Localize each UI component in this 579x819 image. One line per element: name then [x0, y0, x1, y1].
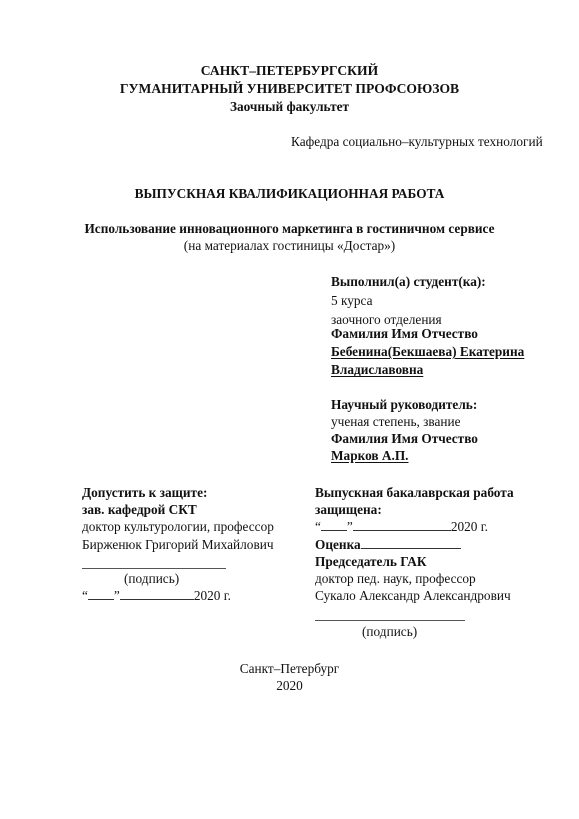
admission-signature-line [82, 568, 226, 569]
footer-year: 2020 [0, 677, 579, 695]
defense-label-line2: защищена: [315, 501, 382, 519]
chair-label: Председатель ГАК [315, 553, 427, 571]
faculty-name: Заочный факультет [0, 98, 579, 116]
admission-signature-caption: (подпись) [124, 570, 179, 588]
chair-degree: доктор пед. наук, профессор [315, 570, 476, 588]
admission-degree: доктор культурологии, профессор [82, 518, 274, 536]
chair-signature-caption: (подпись) [362, 623, 417, 641]
student-label: Выполнил(а) студент(ка): [331, 273, 486, 291]
admission-year: 2020 г. [194, 588, 231, 603]
grade-blank [361, 536, 461, 549]
thesis-topic: Использование инновационного маркетинга … [0, 220, 579, 238]
work-type-title: ВЫПУСКНАЯ КВАЛИФИКАЦИОННАЯ РАБОТА [0, 185, 579, 203]
supervisor-name: Марков А.П. [331, 447, 409, 465]
defense-date: “”2020 г. [315, 518, 488, 536]
chair-signature-line [315, 620, 465, 621]
thesis-subtopic: (на материалах гостиницы «Достар») [0, 237, 579, 255]
defense-year: 2020 г. [451, 519, 488, 534]
student-name-line1: Бебенина(Бекшаева) Екатерина [331, 343, 524, 361]
grade-label: Оценка [315, 537, 361, 552]
admission-label: Допустить к защите: [82, 484, 207, 502]
admission-name: Бирженюк Григорий Михайлович [82, 536, 274, 554]
supervisor-name-label: Фамилия Имя Отчество [331, 430, 478, 448]
student-name-line2: Владиславовна [331, 361, 423, 379]
day-blank [88, 587, 114, 600]
month-blank [353, 518, 451, 531]
month-blank [120, 587, 194, 600]
student-course: 5 курса [331, 292, 373, 310]
defense-label-line1: Выпускная бакалаврская работа [315, 484, 514, 502]
supervisor-label: Научный руководитель: [331, 396, 477, 414]
student-name-label: Фамилия Имя Отчество [331, 325, 478, 343]
chair-name: Сукало Александр Александрович [315, 587, 511, 605]
supervisor-degree: ученая степень, звание [331, 413, 461, 431]
admission-date: “”2020 г. [82, 587, 231, 605]
footer-city: Санкт–Петербург [0, 660, 579, 678]
university-name-line1: САНКТ–ПЕТЕРБУРГСКИЙ [0, 62, 579, 80]
department-name: Кафедра социально–культурных технологий [291, 133, 543, 151]
university-name-line2: ГУМАНИТАРНЫЙ УНИВЕРСИТЕТ ПРОФСОЮЗОВ [0, 80, 579, 98]
grade-field: Оценка [315, 536, 461, 554]
admission-position: зав. кафедрой СКТ [82, 501, 197, 519]
day-blank [321, 518, 347, 531]
